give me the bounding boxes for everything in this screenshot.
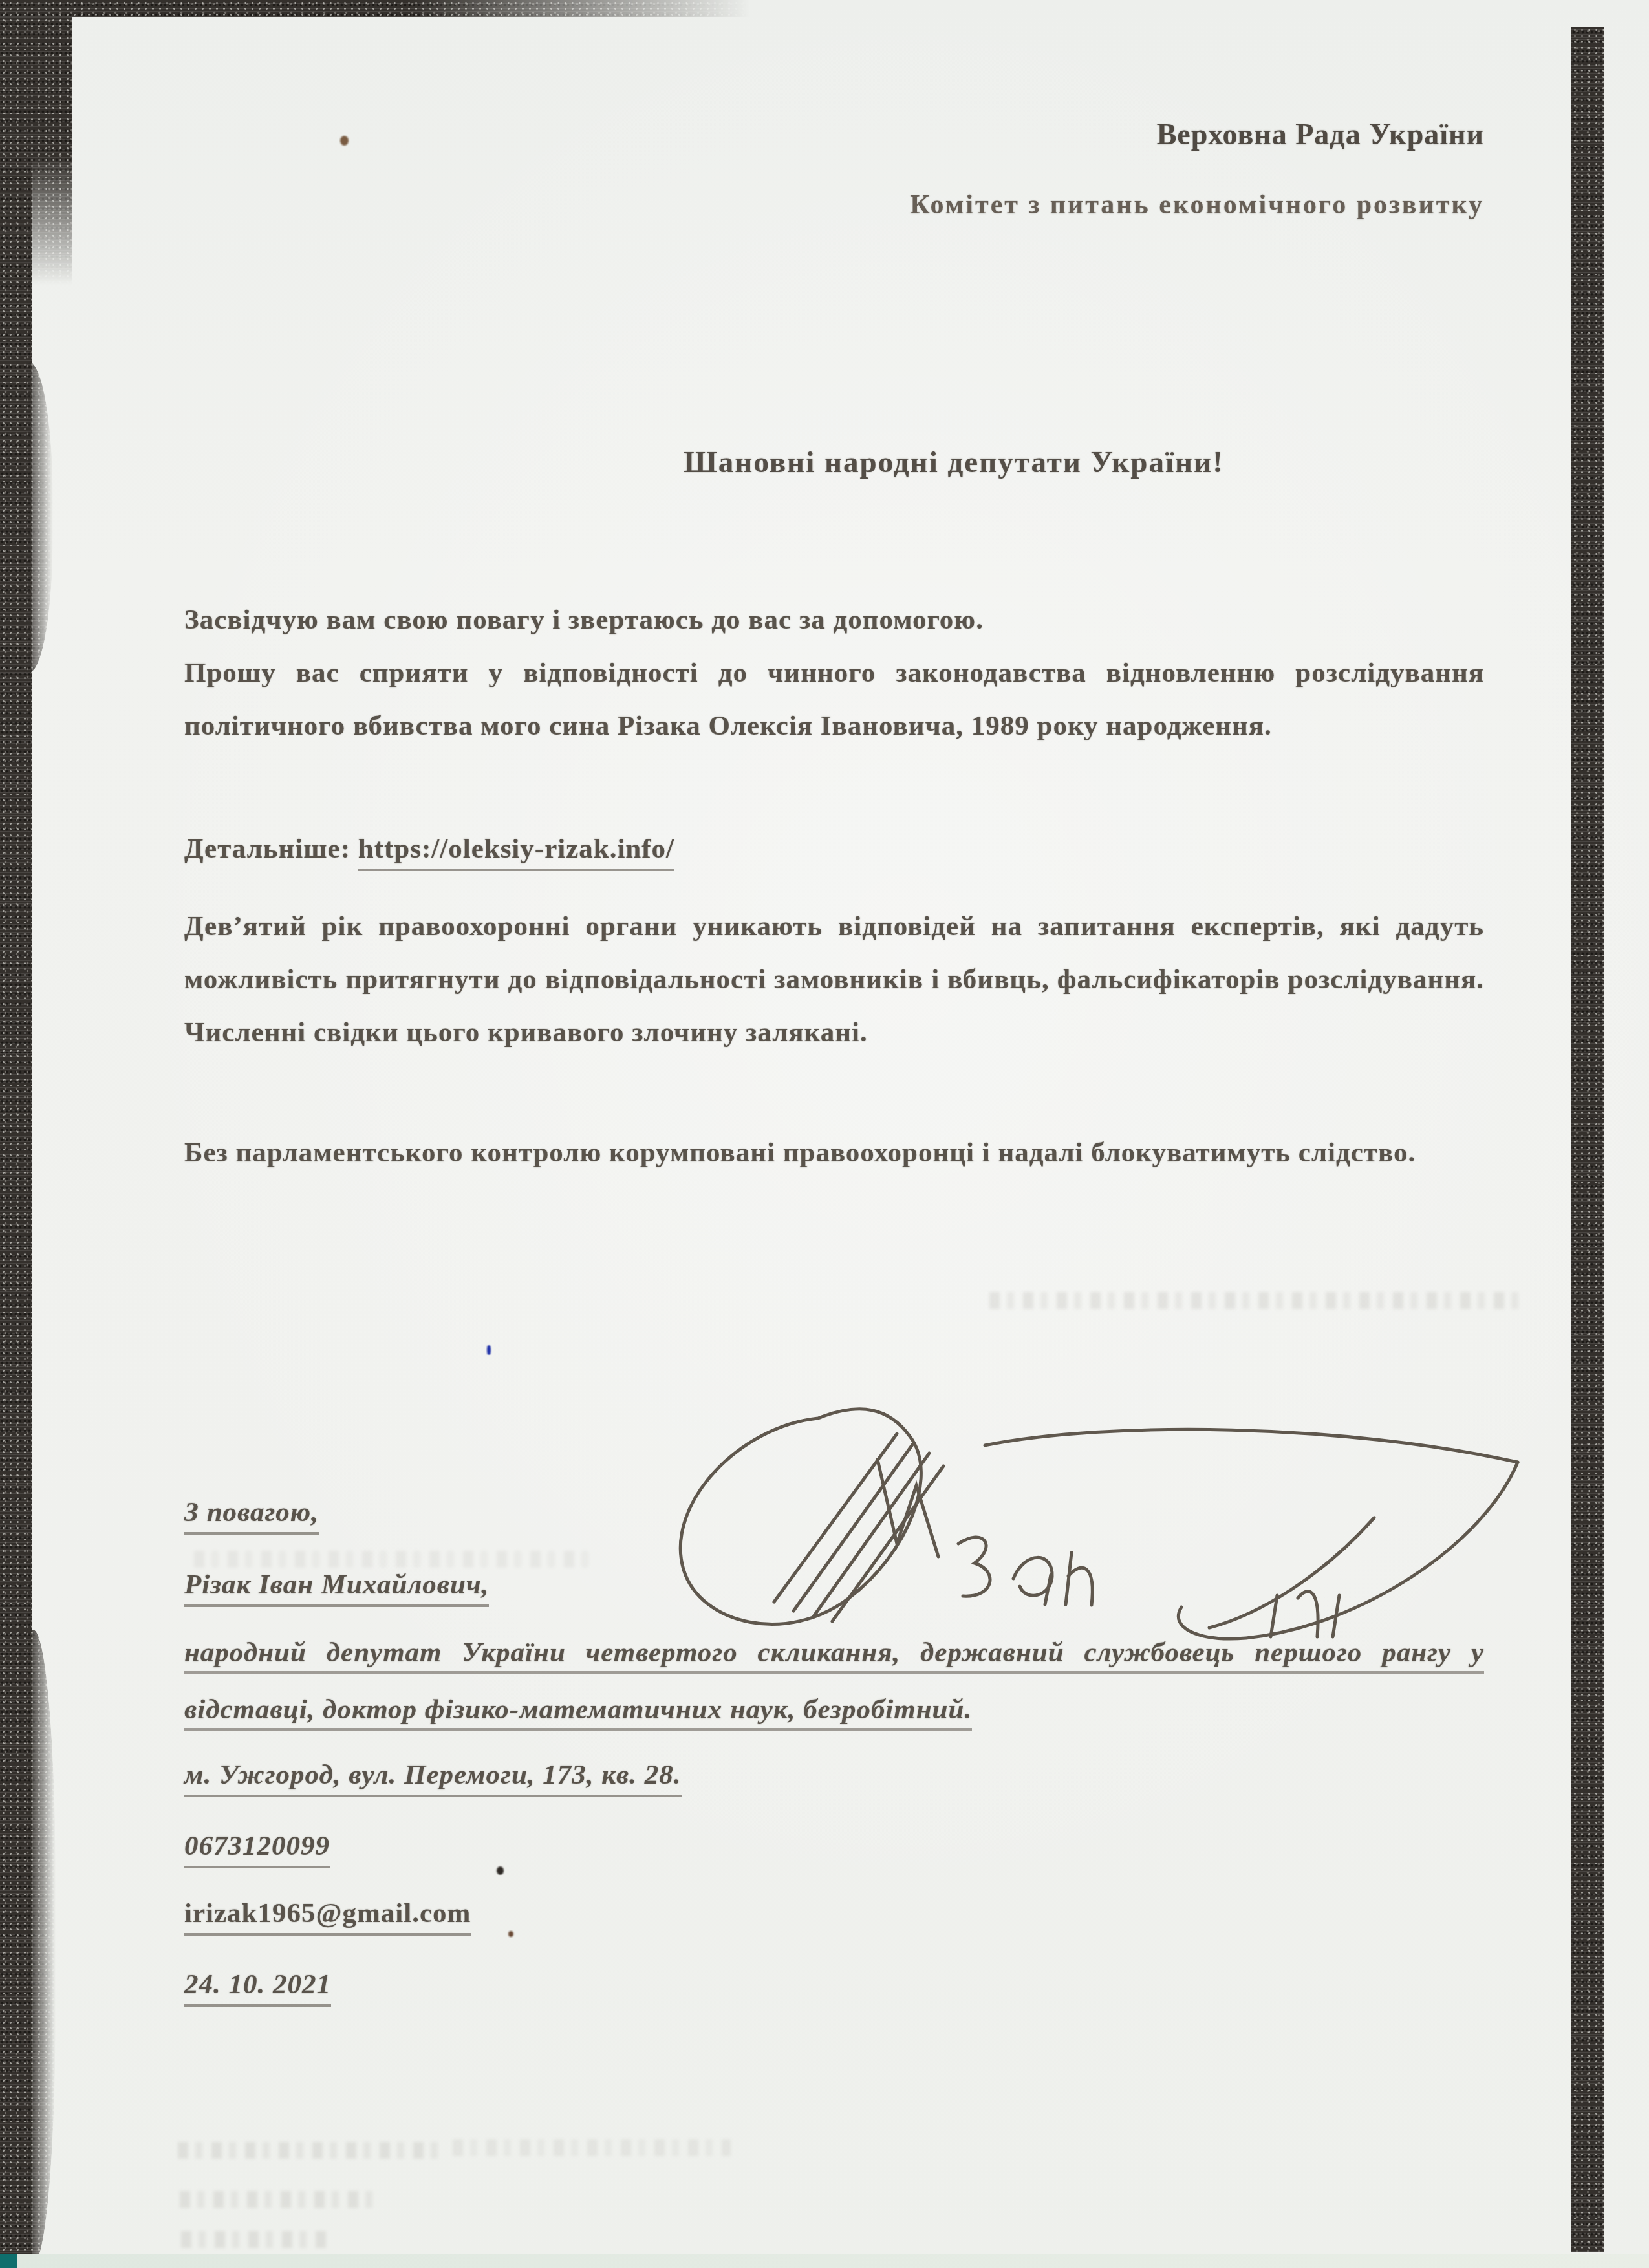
- salutation-line: Шановні народні депутати України!: [307, 445, 1600, 480]
- phone-line: 0673120099: [184, 1820, 1484, 1873]
- address-line: м. Ужгород, вул. Перемоги, 173, кв. 28.: [184, 1749, 1484, 1802]
- details-url: https://oleksiy-rizak.info/: [358, 834, 674, 871]
- bleed-through-text: [180, 2191, 374, 2208]
- bleed-through-text: [178, 2142, 443, 2159]
- scanner-edge-top: [0, 0, 750, 17]
- paragraph-greeting: Засвідчую вам свою повагу і звертаюсь до…: [184, 594, 1484, 647]
- email-line: irizak1965@gmail.com: [184, 1887, 1484, 1940]
- details-label: Детальніше:: [184, 834, 358, 864]
- ink-speck: [497, 1866, 504, 1875]
- scanner-edge-bottom-teal-mark: [0, 2254, 17, 2268]
- scanner-edge-right-strip: [1571, 27, 1604, 2252]
- handwritten-signature: [605, 1381, 1568, 1665]
- bleed-through-text: [453, 2139, 731, 2156]
- recipient-header: Верховна Рада України Комітет з питань е…: [776, 118, 1484, 221]
- details-line: Детальніше: https://oleksiy-rizak.info/: [184, 823, 1484, 876]
- scanner-edge-left-lower-smudge: [0, 1630, 56, 2263]
- scanner-edge-top-left-corner: [0, 0, 72, 285]
- bleed-through-text: [194, 1551, 595, 1568]
- ink-speck: [340, 136, 349, 146]
- scanned-letter-page: Верховна Рада України Комітет з питань е…: [0, 0, 1649, 2268]
- bleed-through-text: [989, 1292, 1520, 1309]
- paragraph-request: Прошу вас сприяти у відповідності до чин…: [184, 647, 1484, 753]
- paragraph-control: Без парламентського контролю корумповані…: [184, 1127, 1484, 1180]
- pen-speck: [487, 1345, 491, 1355]
- scanner-edge-left-smudge: [0, 362, 53, 673]
- bleed-through-text: [181, 2231, 330, 2248]
- org-name-line: Верховна Рада України: [776, 118, 1484, 152]
- scanner-edge-bottom-band: [0, 2254, 1649, 2268]
- ink-speck: [508, 1931, 513, 1937]
- date-line: 24. 10. 2021: [184, 1958, 1484, 2011]
- paragraph-investigation: Дев’ятий рік правоохоронні органи уникаю…: [184, 900, 1484, 1059]
- committee-line: Комітет з питань економічного розвитку: [776, 189, 1484, 221]
